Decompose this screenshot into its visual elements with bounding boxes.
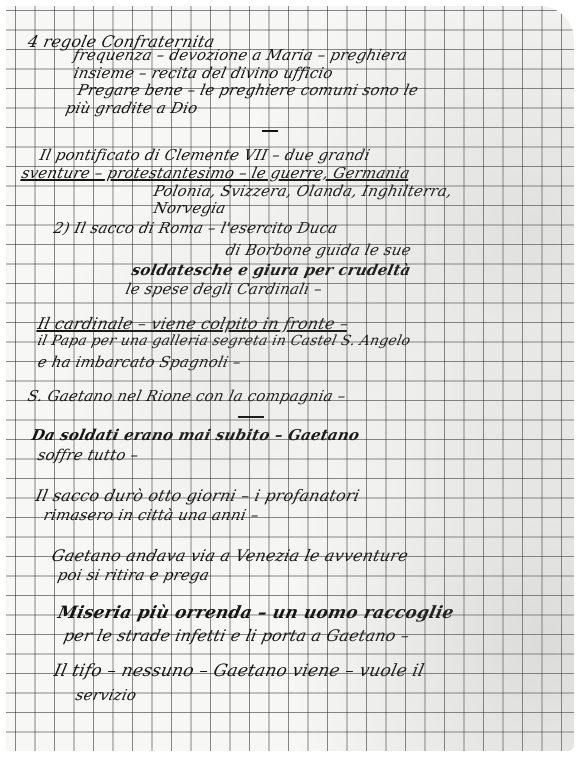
manuscript-line: Il tifo – nessuno – Gaetano viene – vuol… (52, 661, 426, 681)
manuscript-line: sventure – protestantesimo – le guerre, … (20, 164, 412, 182)
manuscript-line: Il pontificato di Clemente VII – due gra… (38, 146, 372, 164)
manuscript-line: insieme – recita del divino ufficio (72, 64, 335, 82)
manuscript-line: e ha imbarcato Spagnoli – (36, 353, 243, 371)
graph-paper-page: 4 regole Confraternita frequenza – devoz… (6, 6, 574, 751)
manuscript-line: soffre tutto – (36, 446, 140, 464)
manuscript-line: il Papa per una galleria segreta in Cast… (36, 333, 412, 349)
manuscript-line: Miseria più orrenda – un uomo raccoglie (56, 603, 456, 623)
manuscript-line: Norvegia (152, 199, 227, 217)
manuscript-line: le spese degli Cardinali – (124, 280, 324, 298)
manuscript-line: poi si ritira e prega (56, 566, 211, 584)
manuscript-line: Polonia, Svizzera, Olanda, Inghilterra, (152, 182, 454, 200)
manuscript-line: rimasero in città una anni – (42, 506, 261, 524)
dash-mark (262, 130, 278, 132)
manuscript-line: soldatesche e giura per crudeltà (130, 261, 412, 279)
manuscript-line: frequenza – devozione a Maria – preghier… (72, 46, 409, 64)
manuscript-line: Il cardinale – viene colpito in fronte – (36, 314, 350, 333)
manuscript-line: di Borbone guida le sue (224, 241, 413, 259)
manuscript-line: Gaetano andava via a Venezia le avventur… (50, 546, 410, 565)
manuscript-line: S. Gaetano nel Rione con la compagnia – (26, 387, 348, 405)
dash-mark (238, 416, 264, 418)
manuscript-line: Pregare bene – le preghiere comuni sono … (76, 81, 420, 99)
manuscript-line: 2) Il sacco di Roma – l'esercito Duca (52, 219, 339, 237)
manuscript-line: Il sacco durò otto giorni – i profanator… (34, 486, 361, 505)
manuscript-line: più gradite a Dio (64, 99, 199, 117)
manuscript-line: servizio (74, 686, 138, 704)
manuscript-line: per le strade infetti e li porta a Gaeta… (62, 626, 411, 645)
manuscript-line: Da soldati erano mai subito – Gaetano (30, 426, 361, 444)
